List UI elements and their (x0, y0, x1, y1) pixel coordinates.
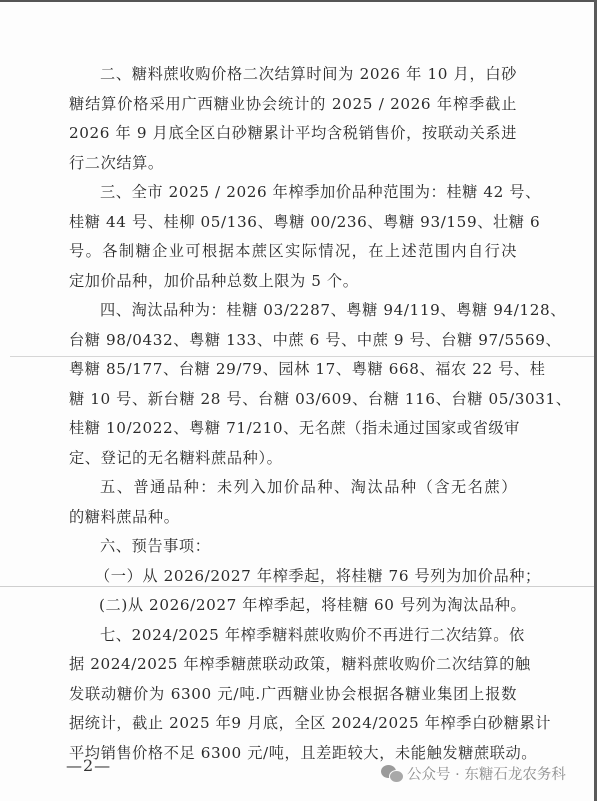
section-5-paragraph: 五、普通品种：未列入加价品种、淘汰品种（含无名蔗） 的糖料蔗品种。 (69, 473, 517, 532)
wechat-icon (381, 765, 403, 783)
text-line: 据统计，截止 2025 年9 月底，全区 2024/2025 年榨季白砂糖累计 (69, 709, 517, 739)
notice-item-2: (二)从 2026/2027 年榨季起，将桂糖 60 号列为淘汰品种。 (69, 591, 517, 621)
text-line: 的糖料蔗品种。 (69, 503, 517, 533)
text-line: 二、糖料蔗收购价格二次结算时间为 2026 年 10 月，白砂 (69, 60, 517, 90)
text-line: 七、2024/2025 年榨季糖料蔗收购价不再进行二次结算。依 (69, 621, 517, 651)
document-page: 二、糖料蔗收购价格二次结算时间为 2026 年 10 月，白砂 糖结算价格采用广… (0, 0, 595, 801)
text-line: 粤糖 85/177、台糖 29/79、园林 17、粤糖 668、福农 22 号、… (69, 355, 517, 385)
text-line: 六、预告事项： (69, 532, 517, 562)
text-line: 三、全市 2025 / 2026 年榨季加价品种范围为：桂糖 42 号、 (69, 178, 517, 208)
section-7-paragraph: 七、2024/2025 年榨季糖料蔗收购价不再进行二次结算。依 据 2024/2… (69, 621, 517, 769)
text-line: 发联动糖价为 6300 元/吨.广西糖业协会根据各糖业集团上报数 (69, 680, 517, 710)
text-line: 据 2024/2025 年榨季糖蔗联动政策，糖料蔗收购价二次结算的触 (69, 650, 517, 680)
section-4-paragraph: 四、淘汰品种为：桂糖 03/2287、粤糖 94/119、粤糖 94/128、 … (69, 296, 517, 473)
section-6-paragraph: 六、预告事项： （一）从 2026/2027 年榨季起，将桂糖 76 号列为加价… (69, 532, 517, 621)
text-line: 行二次结算。 (69, 149, 517, 179)
text-line: 号。各制糖企业可根据本蔗区实际情况，在上述范围内自行决 (69, 237, 517, 267)
text-line: 五、普通品种：未列入加价品种、淘汰品种（含无名蔗） (69, 473, 517, 503)
watermark-text: 公众号 · 东糖石龙农务科 (407, 763, 566, 784)
text-line: 桂糖 44 号、桂柳 05/136、粤糖 00/236、粤糖 93/159、壮糖… (69, 208, 517, 238)
page-number: —2— (66, 756, 111, 775)
text-line: 定加价品种，加价品种总数上限为 5 个。 (69, 267, 517, 297)
text-line: 糖结算价格采用广西糖业协会统计的 2025 / 2026 年榨季截止 (69, 90, 517, 120)
watermark: 公众号 · 东糖石龙农务科 (381, 763, 566, 784)
text-line: 2026 年 9 月底全区白砂糖累计平均含税销售价，按联动关系进 (69, 119, 517, 149)
text-line: 四、淘汰品种为：桂糖 03/2287、粤糖 94/119、粤糖 94/128、 (69, 296, 517, 326)
text-line: 定、登记的无名糖料蔗品种）。 (69, 444, 517, 474)
section-2-paragraph: 二、糖料蔗收购价格二次结算时间为 2026 年 10 月，白砂 糖结算价格采用广… (69, 60, 517, 178)
scan-artifact-line (0, 586, 595, 587)
section-3-paragraph: 三、全市 2025 / 2026 年榨季加价品种范围为：桂糖 42 号、 桂糖 … (69, 178, 517, 296)
scan-artifact-line (10, 356, 595, 357)
document-body: 二、糖料蔗收购价格二次结算时间为 2026 年 10 月，白砂 糖结算价格采用广… (69, 60, 517, 768)
text-line: 桂糖 10/2022、粤糖 71/210、无名蔗（指未通过国家或省级审 (69, 414, 517, 444)
text-line: 糖 10 号、新台糖 28 号、台糖 03/609、台糖 116、台糖 05/3… (69, 385, 517, 415)
text-line: 台糖 98/0432、粤糖 133、中蔗 6 号、中蔗 9 号、台糖 97/55… (69, 326, 517, 356)
